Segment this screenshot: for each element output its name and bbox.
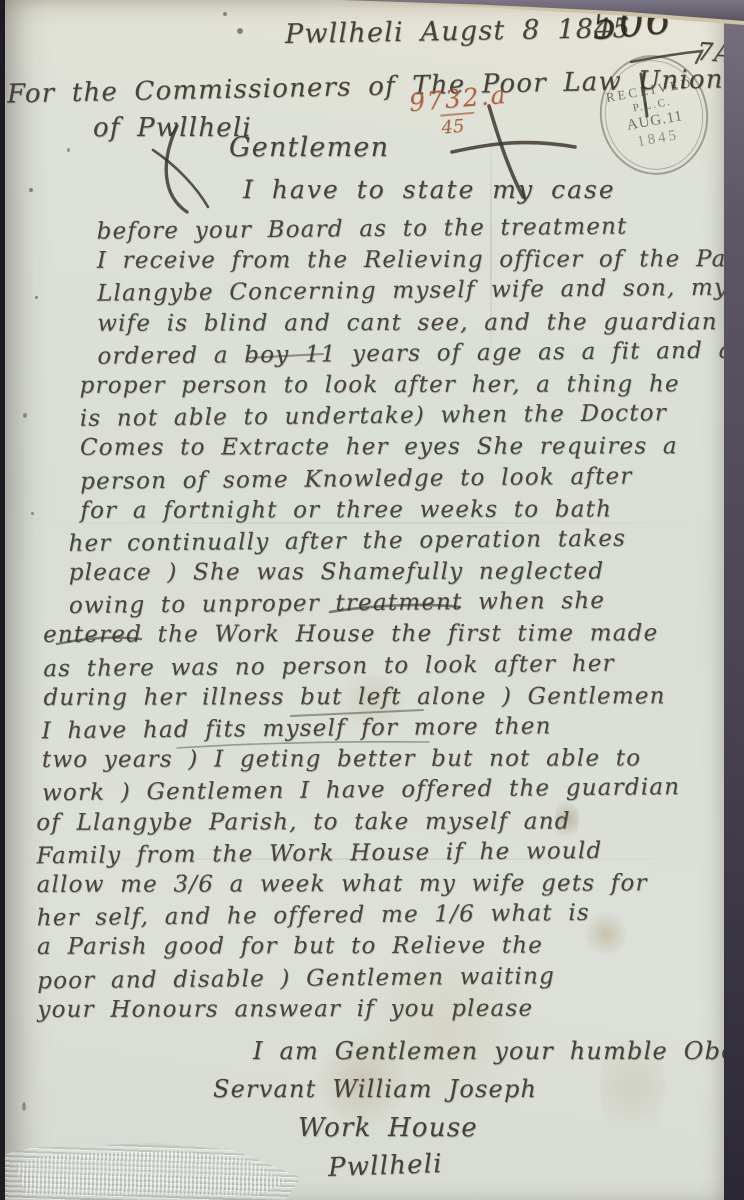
salutation-flourish [153,150,208,207]
body-line: before your Board as to the treatment [26,211,715,249]
body-line: entered the Work House the first time ma… [29,619,718,652]
signature-line: Servant William Joseph [213,1075,537,1103]
body-line: person of some Knowledge to look after [28,460,717,498]
body-line: a Parish good for but to Relieve the [31,930,720,963]
body-line: ordered a boy 11 years of age as a fit a… [27,335,716,373]
salutation: Gentlemen [229,132,389,163]
body-line: as there was no person to look after her [29,647,718,685]
body-line: owing to unproper treatment when she [29,585,718,623]
body-line: Comes to Extracte her eyes She requires … [28,431,717,464]
body-line: I have had fits myself for more then [30,710,719,748]
clerk-reference-red: 9732.a 45 [408,80,511,141]
body-line: during her illness but left alone ) Gent… [29,681,718,714]
letter-paper: Pwllheli Augst 8 1845 506 7A RECEIVED P.… [5,0,724,1200]
body-line: is not able to undertake) when the Docto… [28,398,717,436]
body-line: her self, and he offered me 1/6 what is [31,897,720,935]
body-line: your Honours answear if you please [31,993,720,1026]
speck [29,188,33,192]
scanned-letter-page: Pwllheli Augst 8 1845 506 7A RECEIVED P.… [0,0,744,1200]
body-line: Llangybe Concerning myself wife and son,… [27,273,716,311]
body-line: pleace ) She was Shamefully neglected [29,556,718,589]
embossed-seal-icon [5,1143,301,1200]
dateline: Pwllheli Augst 8 1845 [285,13,631,50]
body-line: two years ) I geting better but not able… [30,743,719,776]
body-line: proper person to look after her, a thing… [28,369,717,402]
binding-edge [0,0,5,1200]
signature-place: Work House [298,1113,478,1143]
pen-cross-mark [452,143,575,152]
reference-denominator: 45 [440,112,476,139]
opening-line: I have to state my case [243,175,616,204]
speck [23,413,27,418]
speck [22,1102,26,1111]
body-line: her continually after the operation take… [28,523,717,561]
body-line: for a fortnight or three weeks to bath [28,494,717,527]
docket-ref: 7A [696,37,724,68]
body-line: Family from the Work House if he would [30,834,719,872]
letter-body: before your Board as to the treatment I … [27,212,721,1027]
body-line: allow me 3/6 a week what my wife gets fo… [31,868,720,901]
speck [223,12,227,16]
speck [67,148,70,152]
signature-place: Pwllheli [328,1149,444,1183]
body-line: work ) Gentlemen I have offered the guar… [30,772,719,810]
body-line: wife is blind and cant see, and the guar… [27,307,716,340]
speck [237,28,243,34]
body-line: poor and disable ) Gentlemen waiting [31,959,720,997]
closing-line: I am Gentlemen your humble Obedt [253,1037,724,1065]
body-line: I receive from the Relieving officer of … [27,244,716,277]
body-line: of Llangybe Parish, to take myself and [30,806,719,839]
